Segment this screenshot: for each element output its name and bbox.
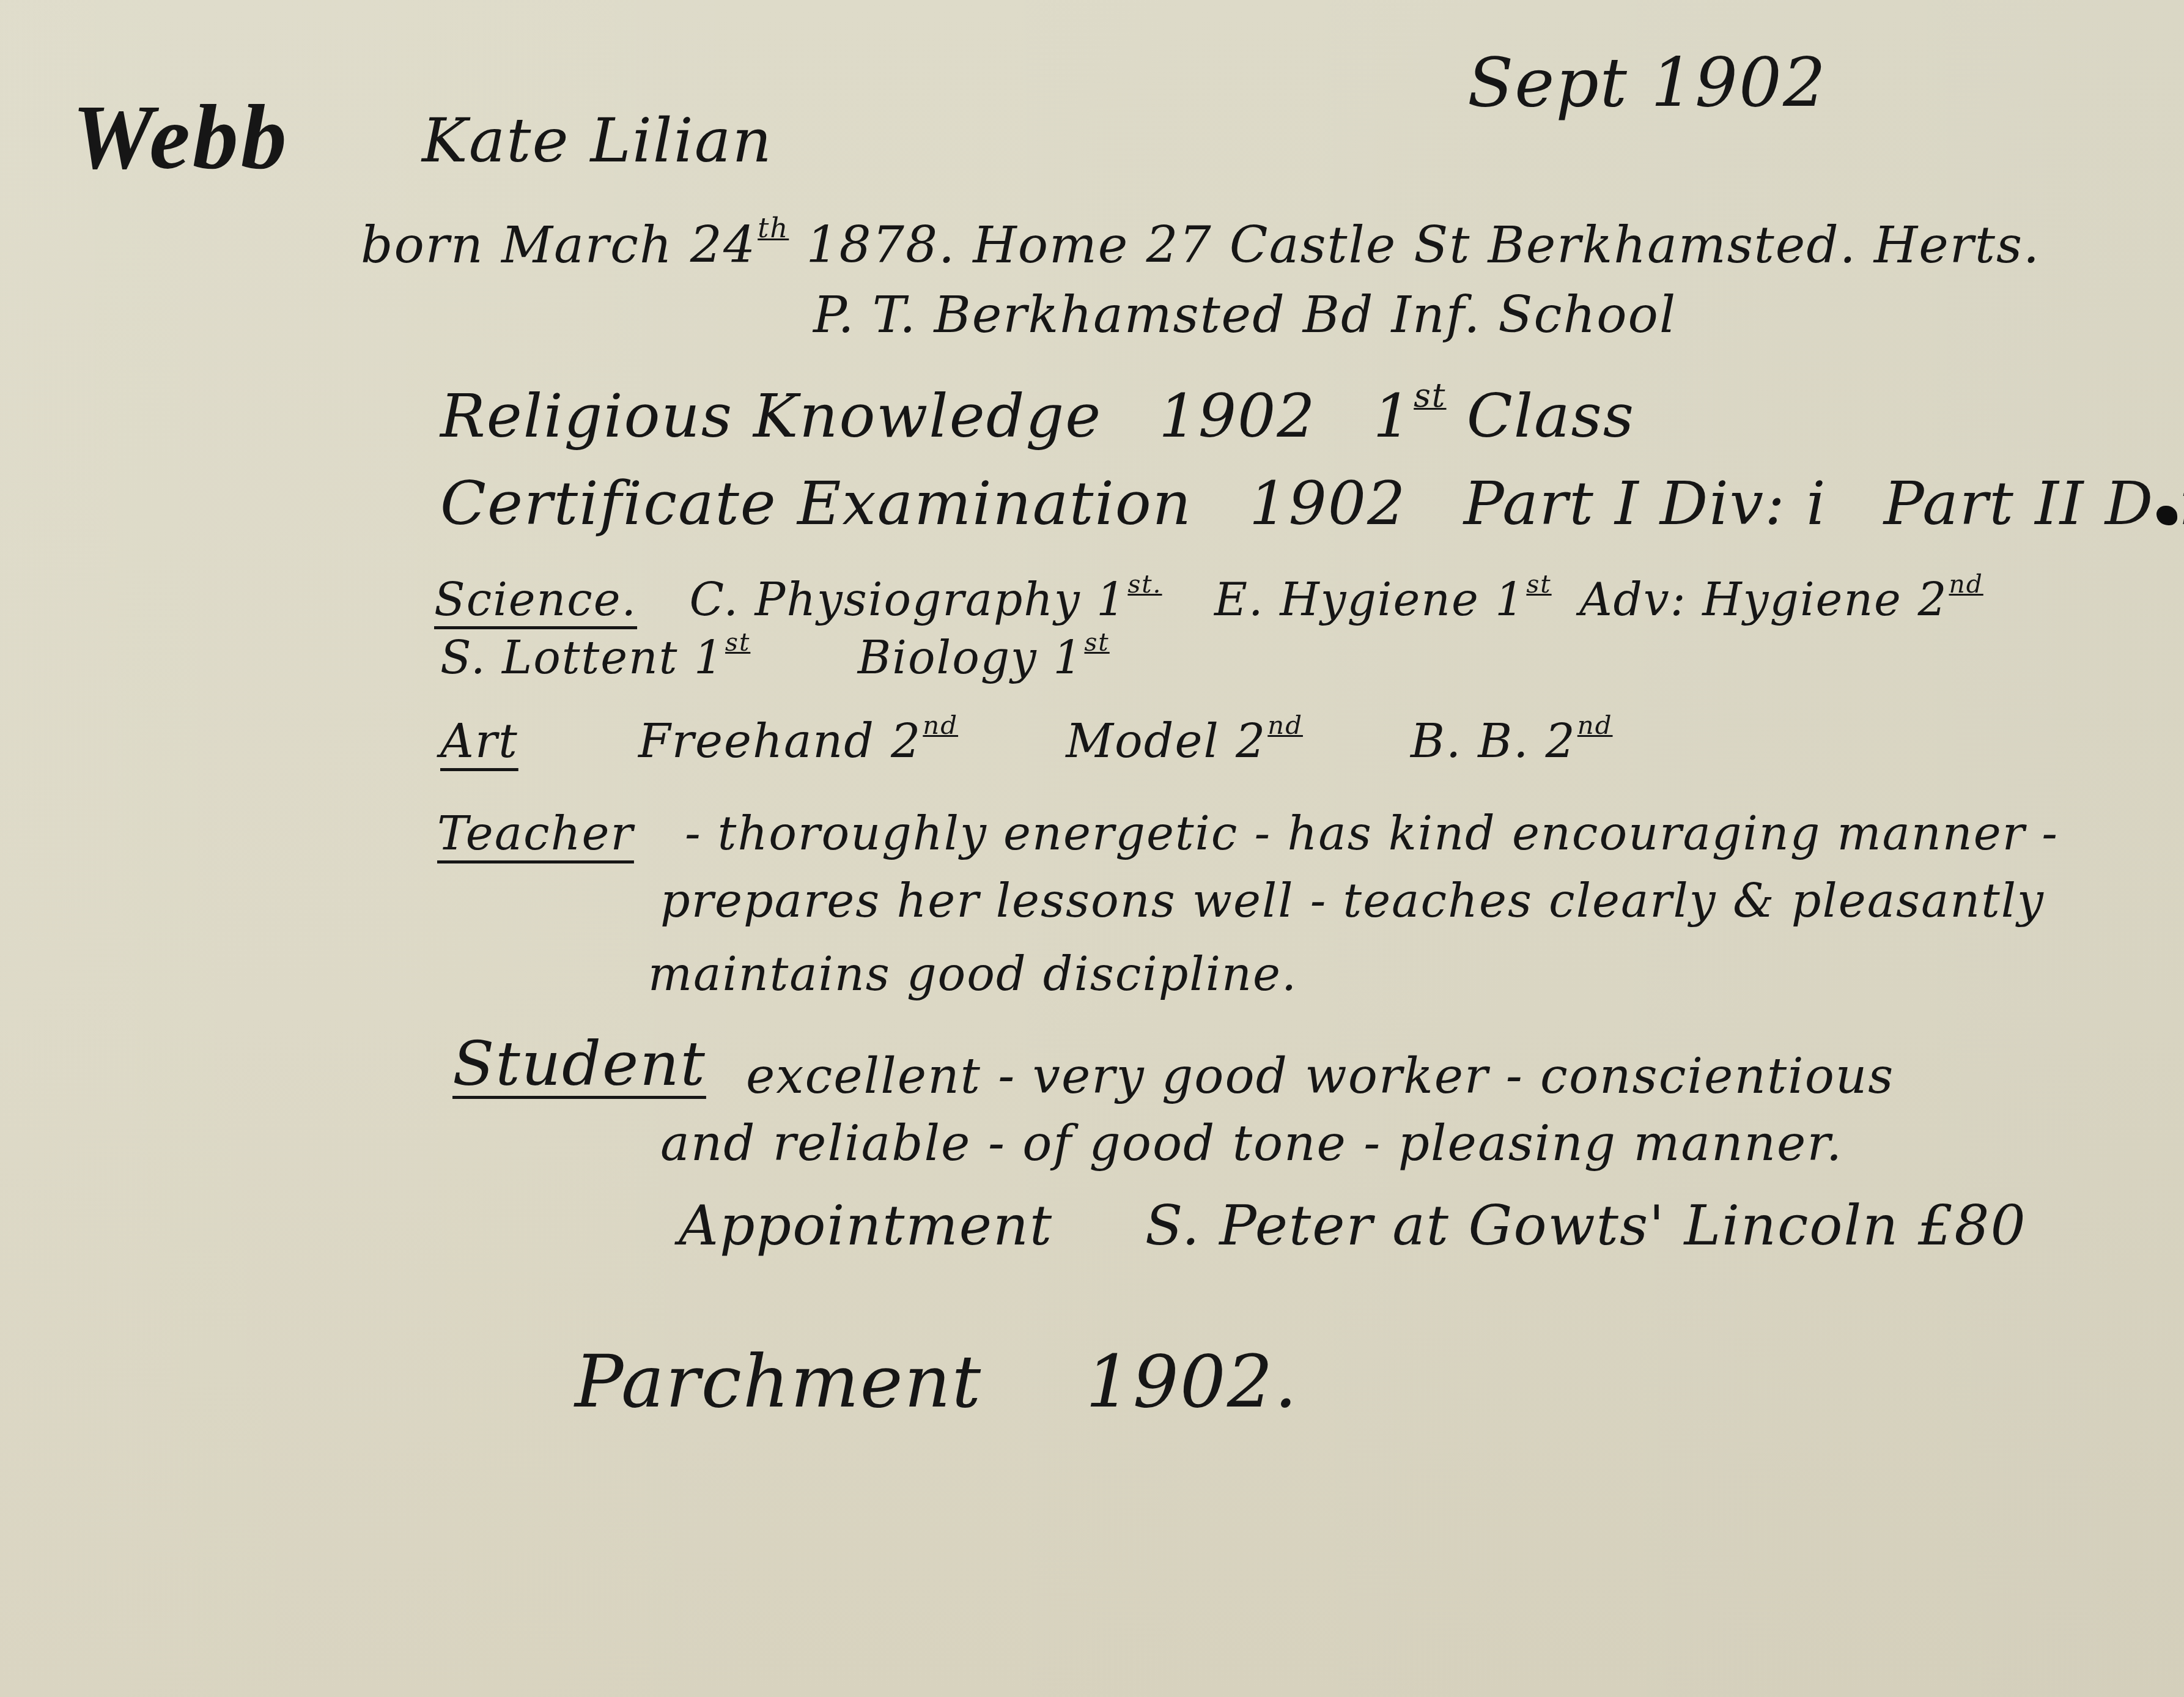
certificate-label: Certificate Examination (440, 469, 1192, 539)
science-item: S. Lottent 1st (440, 632, 750, 684)
science-line-2: S. Lottent 1st Biology 1st (440, 630, 1110, 681)
pupil-teacher-school: P. T. Berkhamsted Bd Inf. School (813, 290, 1677, 341)
certificate-year: 1902 (1249, 469, 1406, 539)
religious-knowledge-line: Religious Knowledge 1902 1st Class (440, 379, 1635, 446)
student-remark-line: excellent - very good worker - conscient… (746, 1052, 1894, 1101)
teacher-remark-line: - thoroughly energetic - has kind encour… (685, 810, 2059, 857)
art-item: B. B. 2nd (1411, 714, 1612, 768)
parchment-label: Parchment (575, 1339, 982, 1424)
ink-blot (2156, 506, 2177, 525)
register-page: Webb Kate Lilian Sept 1902 born March 24… (0, 0, 2184, 1697)
student-label: Student (452, 1033, 706, 1095)
art-item: Freehand 2nd (638, 714, 958, 768)
science-line-1: Science. C. Physiography 1st. E. Hygiene… (434, 572, 1983, 623)
parchment-year: 1902. (1086, 1339, 1299, 1424)
science-item: E. Hygiene 1st (1214, 574, 1552, 626)
certificate-part2: Part II Di (1884, 469, 2184, 539)
session-date: Sept 1902 (1467, 49, 1827, 116)
science-item: C. Physiography 1st. (690, 574, 1162, 626)
science-item: Biology 1st (858, 632, 1110, 684)
teacher-remark-line: prepares her lessons well - teaches clea… (660, 878, 2045, 924)
religious-knowledge-result: 1st Class (1373, 382, 1635, 451)
art-item: Model 2nd (1066, 714, 1303, 768)
surname: Webb (72, 92, 289, 183)
student-remark-line: and reliable - of good tone - pleasing m… (660, 1119, 1843, 1168)
birth-line: born March 24th 1878. Home 27 Castle St … (361, 214, 2040, 271)
religious-knowledge-label: Religious Knowledge (440, 382, 1102, 451)
home-address: Home 27 Castle St Berkhamsted. Herts. (973, 216, 2040, 275)
teacher-remark-line: maintains good discipline. (648, 951, 1297, 997)
teacher-label: Teacher (437, 810, 634, 857)
appointment-value: S. Peter at Gowts' Lincoln £80 (1145, 1194, 2027, 1258)
religious-knowledge-year: 1902 (1159, 382, 1316, 451)
art-line: Art Freehand 2nd Model 2nd B. B. 2nd (440, 712, 1613, 764)
art-label: Art (440, 714, 518, 768)
birth-ordinal: th (758, 212, 789, 244)
parchment-line: Parchment 1902. (575, 1345, 1298, 1418)
appointment-line: Appointment S. Peter at Gowts' Lincoln £… (679, 1199, 2027, 1254)
given-names: Kate Lilian (422, 110, 773, 171)
certificate-line: Certificate Examination 1902 Part I Div:… (440, 474, 2184, 534)
science-item: Adv: Hygiene 2nd (1579, 574, 1983, 626)
birth-year: 1878. (806, 216, 956, 275)
appointment-label: Appointment (679, 1194, 1053, 1258)
certificate-part1: Part I Div: i (1464, 469, 1827, 539)
science-label: Science. (434, 574, 637, 626)
birth-date: born March 24 (361, 216, 756, 275)
